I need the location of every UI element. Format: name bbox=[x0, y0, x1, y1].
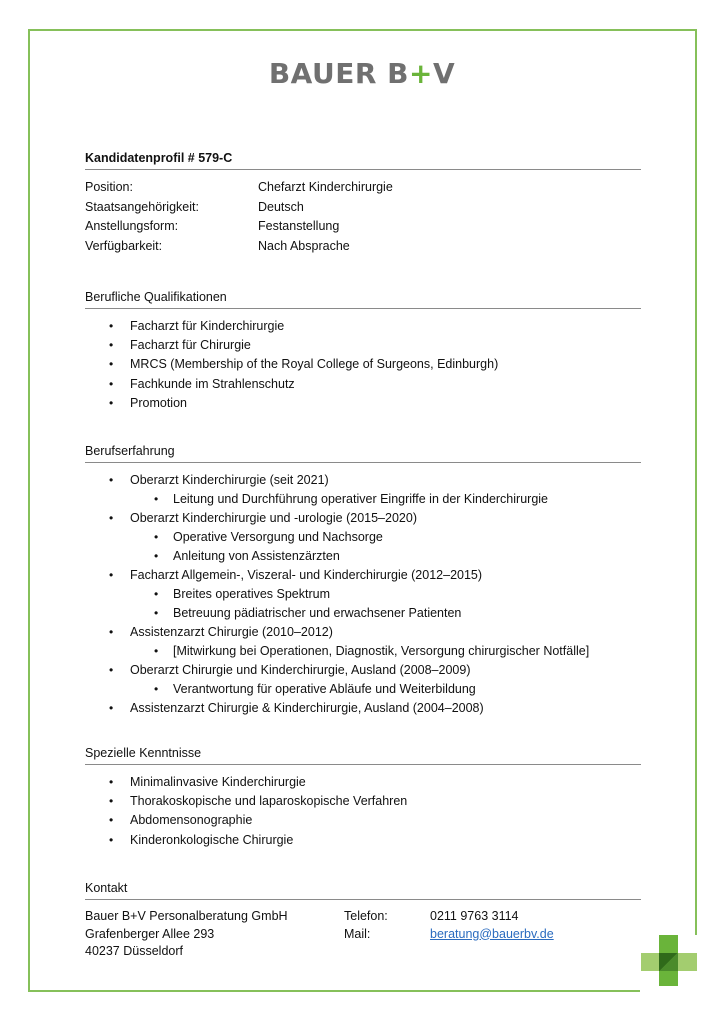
experience-detail: •Operative Versorgung und Nachsorge bbox=[85, 528, 641, 547]
bullet-icon: • bbox=[109, 317, 113, 336]
profile-fields: Position:Chefarzt KinderchirurgieStaatsa… bbox=[85, 178, 641, 256]
bullet-icon: • bbox=[154, 585, 158, 604]
experience-details: •[Mitwirkung bei Operationen, Diagnostik… bbox=[130, 642, 641, 661]
bullet-icon: • bbox=[109, 811, 113, 830]
field-label: Position: bbox=[85, 178, 258, 198]
experience-details: •Breites operatives Spektrum•Betreuung p… bbox=[130, 585, 641, 623]
experience-role: Assistenzarzt Chirurgie (2010–2012) bbox=[130, 625, 333, 639]
skills-title: Spezielle Kenntnisse bbox=[85, 744, 641, 763]
list-item-text: Minimalinvasive Kinderchirurgie bbox=[130, 775, 306, 789]
profile-section: Kandidatenprofil # 579-C Position:Chefar… bbox=[85, 149, 641, 256]
experience-role: Assistenzarzt Chirurgie & Kinderchirurgi… bbox=[130, 701, 484, 715]
detail-text: Leitung und Durchführung operativer Eing… bbox=[173, 492, 548, 506]
qualification-item: •Promotion bbox=[85, 394, 641, 413]
experience-detail: •Leitung und Durchführung operativer Ein… bbox=[85, 490, 641, 509]
detail-text: [Mitwirkung bei Operationen, Diagnostik,… bbox=[173, 644, 589, 658]
mail-label: Mail: bbox=[344, 926, 430, 944]
logo-plus-icon: + bbox=[409, 57, 433, 90]
section-divider bbox=[85, 764, 641, 765]
contact-title: Kontakt bbox=[85, 879, 641, 898]
field-value: Festanstellung bbox=[258, 217, 339, 237]
phone-label: Telefon: bbox=[344, 908, 430, 926]
skill-item: •Abdomensonographie bbox=[85, 811, 641, 830]
experience-details: •Operative Versorgung und Nachsorge•Anle… bbox=[130, 528, 641, 566]
bullet-icon: • bbox=[154, 490, 158, 509]
section-divider bbox=[85, 308, 641, 309]
field-value: Chefarzt Kinderchirurgie bbox=[258, 178, 393, 198]
phone-value: 0211 9763 3114 bbox=[430, 908, 554, 926]
skill-item: •Thorakoskopische und laparoskopische Ve… bbox=[85, 792, 641, 811]
list-item-text: Facharzt für Kinderchirurgie bbox=[130, 319, 284, 333]
page-frame-right bbox=[695, 29, 697, 935]
experience-item: •Oberarzt Chirurgie und Kinderchirurgie,… bbox=[85, 661, 641, 699]
list-item-text: Facharzt für Chirurgie bbox=[130, 338, 251, 352]
section-divider bbox=[85, 899, 641, 900]
contact-address: Bauer B+V Personalberatung GmbH Grafenbe… bbox=[85, 908, 344, 961]
bullet-icon: • bbox=[109, 394, 113, 413]
bullet-icon: • bbox=[109, 509, 113, 528]
contact-city: 40237 Düsseldorf bbox=[85, 943, 344, 961]
detail-text: Anleitung von Assistenzärzten bbox=[173, 549, 340, 563]
list-item-text: Fachkunde im Strahlenschutz bbox=[130, 377, 295, 391]
bullet-icon: • bbox=[109, 773, 113, 792]
field-value: Deutsch bbox=[258, 198, 304, 218]
experience-detail: •Verantwortung für operative Abläufe und… bbox=[85, 680, 641, 699]
profile-field-row: Staatsangehörigkeit:Deutsch bbox=[85, 198, 641, 218]
field-label: Anstellungsform: bbox=[85, 217, 258, 237]
experience-item: •Oberarzt Kinderchirurgie und -urologie … bbox=[85, 509, 641, 566]
experience-item: •Facharzt Allgemein-, Viszeral- und Kind… bbox=[85, 566, 641, 623]
bullet-icon: • bbox=[109, 471, 113, 490]
bullet-icon: • bbox=[109, 336, 113, 355]
list-item-text: Thorakoskopische und laparoskopische Ver… bbox=[130, 794, 407, 808]
skill-item: •Kinderonkologische Chirurgie bbox=[85, 831, 641, 850]
field-label: Staatsangehörigkeit: bbox=[85, 198, 258, 218]
detail-text: Betreuung pädiatrischer und erwachsener … bbox=[173, 606, 461, 620]
contact-values: 0211 9763 3114 beratung@bauerbv.de bbox=[430, 908, 554, 961]
bullet-icon: • bbox=[154, 528, 158, 547]
section-divider bbox=[85, 462, 641, 463]
qualifications-section: Berufliche Qualifikationen •Facharzt für… bbox=[85, 288, 641, 413]
bullet-icon: • bbox=[154, 642, 158, 661]
experience-details: •Leitung und Durchführung operativer Ein… bbox=[130, 490, 641, 509]
bullet-icon: • bbox=[154, 547, 158, 566]
experience-title: Berufserfahrung bbox=[85, 442, 641, 461]
list-item-text: Promotion bbox=[130, 396, 187, 410]
contact-street: Grafenberger Allee 293 bbox=[85, 926, 344, 944]
experience-item: •Assistenzarzt Chirurgie (2010–2012)•[Mi… bbox=[85, 623, 641, 661]
detail-text: Verantwortung für operative Abläufe und … bbox=[173, 682, 476, 696]
qualification-item: •Facharzt für Kinderchirurgie bbox=[85, 317, 641, 336]
bullet-icon: • bbox=[109, 792, 113, 811]
bullet-icon: • bbox=[109, 355, 113, 374]
profile-field-row: Anstellungsform:Festanstellung bbox=[85, 217, 641, 237]
profile-field-row: Position:Chefarzt Kinderchirurgie bbox=[85, 178, 641, 198]
qualifications-title: Berufliche Qualifikationen bbox=[85, 288, 641, 307]
bullet-icon: • bbox=[154, 680, 158, 699]
experience-role: Oberarzt Kinderchirurgie und -urologie (… bbox=[130, 511, 417, 525]
experience-section: Berufserfahrung •Oberarzt Kinderchirurgi… bbox=[85, 442, 641, 719]
skills-list: •Minimalinvasive Kinderchirurgie•Thorako… bbox=[85, 773, 641, 850]
company-logo: BAUER B+V bbox=[0, 58, 724, 90]
experience-detail: •Breites operatives Spektrum bbox=[85, 585, 641, 604]
mail-link[interactable]: beratung@bauerbv.de bbox=[430, 927, 554, 941]
contact-company: Bauer B+V Personalberatung GmbH bbox=[85, 908, 344, 926]
skills-section: Spezielle Kenntnisse •Minimalinvasive Ki… bbox=[85, 744, 641, 850]
experience-role: Oberarzt Chirurgie und Kinderchirurgie, … bbox=[130, 663, 470, 677]
detail-text: Breites operatives Spektrum bbox=[173, 587, 330, 601]
bullet-icon: • bbox=[109, 623, 113, 642]
bullet-icon: • bbox=[109, 831, 113, 850]
contact-labels: Telefon: Mail: bbox=[344, 908, 430, 961]
list-item-text: Abdomensonographie bbox=[130, 813, 252, 827]
experience-role: Facharzt Allgemein-, Viszeral- und Kinde… bbox=[130, 568, 482, 582]
experience-item: •Assistenzarzt Chirurgie & Kinderchirurg… bbox=[85, 699, 641, 718]
experience-list: •Oberarzt Kinderchirurgie (seit 2021)•Le… bbox=[85, 471, 641, 719]
profile-field-row: Verfügbarkeit:Nach Absprache bbox=[85, 237, 641, 257]
qualification-item: •Fachkunde im Strahlenschutz bbox=[85, 375, 641, 394]
experience-details: •Verantwortung für operative Abläufe und… bbox=[130, 680, 641, 699]
bullet-icon: • bbox=[109, 566, 113, 585]
logo-text-part2: V bbox=[433, 57, 455, 90]
contact-block: Bauer B+V Personalberatung GmbH Grafenbe… bbox=[85, 908, 641, 961]
page-frame-bottom bbox=[28, 990, 640, 992]
field-label: Verfügbarkeit: bbox=[85, 237, 258, 257]
page-frame-top bbox=[28, 29, 697, 31]
experience-detail: •[Mitwirkung bei Operationen, Diagnostik… bbox=[85, 642, 641, 661]
qualification-item: •MRCS (Membership of the Royal College o… bbox=[85, 355, 641, 374]
section-divider bbox=[85, 169, 641, 170]
qualifications-list: •Facharzt für Kinderchirurgie•Facharzt f… bbox=[85, 317, 641, 413]
list-item-text: MRCS (Membership of the Royal College of… bbox=[130, 357, 498, 371]
list-item-text: Kinderonkologische Chirurgie bbox=[130, 833, 293, 847]
cross-logo-icon-center bbox=[659, 953, 678, 971]
experience-item: •Oberarzt Kinderchirurgie (seit 2021)•Le… bbox=[85, 471, 641, 509]
qualification-item: •Facharzt für Chirurgie bbox=[85, 336, 641, 355]
page-frame-left bbox=[28, 29, 30, 992]
skill-item: •Minimalinvasive Kinderchirurgie bbox=[85, 773, 641, 792]
experience-role: Oberarzt Kinderchirurgie (seit 2021) bbox=[130, 473, 329, 487]
bullet-icon: • bbox=[109, 661, 113, 680]
bullet-icon: • bbox=[109, 375, 113, 394]
contact-section: Kontakt Bauer B+V Personalberatung GmbH … bbox=[85, 879, 641, 961]
profile-title: Kandidatenprofil # 579-C bbox=[85, 149, 641, 168]
detail-text: Operative Versorgung und Nachsorge bbox=[173, 530, 383, 544]
bullet-icon: • bbox=[109, 699, 113, 718]
bullet-icon: • bbox=[154, 604, 158, 623]
logo-text-part1: BAUER B bbox=[269, 57, 409, 90]
experience-detail: •Anleitung von Assistenzärzten bbox=[85, 547, 641, 566]
experience-detail: •Betreuung pädiatrischer und erwachsener… bbox=[85, 604, 641, 623]
field-value: Nach Absprache bbox=[258, 237, 350, 257]
